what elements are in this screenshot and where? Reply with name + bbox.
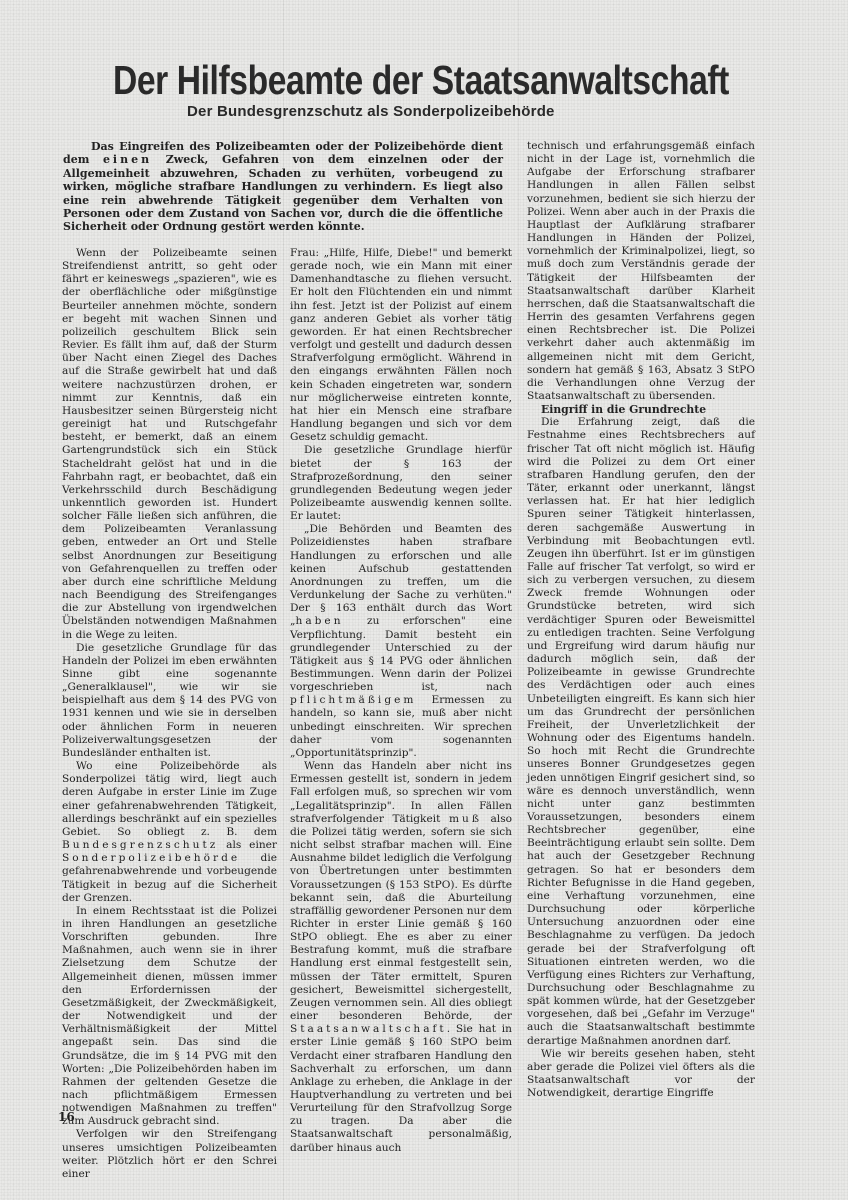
article-lead: Das Eingreifen des Polizeibeamten oder d…: [63, 140, 503, 234]
paragraph: technisch und erfahrungsgemäß einfach ni…: [527, 140, 755, 403]
section-heading: Eingriff in die Grundrechte: [527, 403, 755, 416]
paragraph-text: Wo eine Polizeibehörde als Sonderpolizei…: [62, 760, 277, 838]
paragraph: „Die Behörden und Beamten des Polizeidie…: [290, 523, 512, 760]
paragraph: In einem Rechtsstaat ist die Polizei in …: [62, 905, 277, 1129]
paragraph: Frau: „Hilfe, Hilfe, Diebe!" und bemerkt…: [290, 247, 512, 444]
paragraph-text: . Sie hat in erster Linie gemäß § 160 St…: [290, 1023, 512, 1153]
article-subtitle: Der Bundesgrenzschutz als Sonderpolizeib…: [187, 103, 555, 120]
paragraph: Die Erfahrung zeigt, daß die Festnahme e…: [527, 416, 755, 1048]
paragraph-text: „Die Behörden und Beamten des Polizeidie…: [290, 523, 512, 627]
column-divider: [518, 0, 519, 1200]
emphasis-text: pflichtmäßigem: [290, 694, 416, 706]
paragraph: Verfolgen wir den Streifengang unseres u…: [62, 1128, 277, 1181]
column-3: technisch und erfahrungsgemäß einfach ni…: [527, 140, 755, 1100]
paragraph: Wie wir bereits gesehen haben, steht abe…: [527, 1048, 755, 1101]
emphasis-text: Bundesgrenzschutz: [62, 839, 218, 851]
emphasis-text: Sonderpolizeibehörde: [62, 852, 240, 864]
emphasis-text: muß: [449, 813, 482, 825]
emphasis-text: haben: [296, 615, 344, 627]
column-1: Wenn der Polizeibeamte seinen Streifendi…: [62, 247, 277, 1181]
article-title: Der Hilfsbeamte der Staatsanwaltschaft: [113, 58, 638, 102]
paragraph: Wenn der Polizeibeamte seinen Streifendi…: [62, 247, 277, 642]
paragraph-text: als einer: [218, 839, 277, 851]
paragraph: Wenn das Handeln aber nicht ins Ermessen…: [290, 760, 512, 1155]
paragraph-text: also die Polizei tätig werden, sofern si…: [290, 813, 512, 1022]
emphasis-text: Staatsanwaltschaft: [290, 1023, 447, 1035]
page-number: 16: [58, 1110, 75, 1124]
paragraph: Die gesetzliche Grundlage hierfür bietet…: [290, 444, 512, 523]
lead-emphasis: einen: [103, 153, 152, 166]
paragraph: Wo eine Polizeibehörde als Sonderpolizei…: [62, 760, 277, 905]
newspaper-page: Der Hilfsbeamte der Staatsanwaltschaft D…: [0, 0, 848, 1200]
column-2: Frau: „Hilfe, Hilfe, Diebe!" und bemerkt…: [290, 247, 512, 1155]
paragraph: Die gesetzliche Grundlage für das Handel…: [62, 642, 277, 760]
